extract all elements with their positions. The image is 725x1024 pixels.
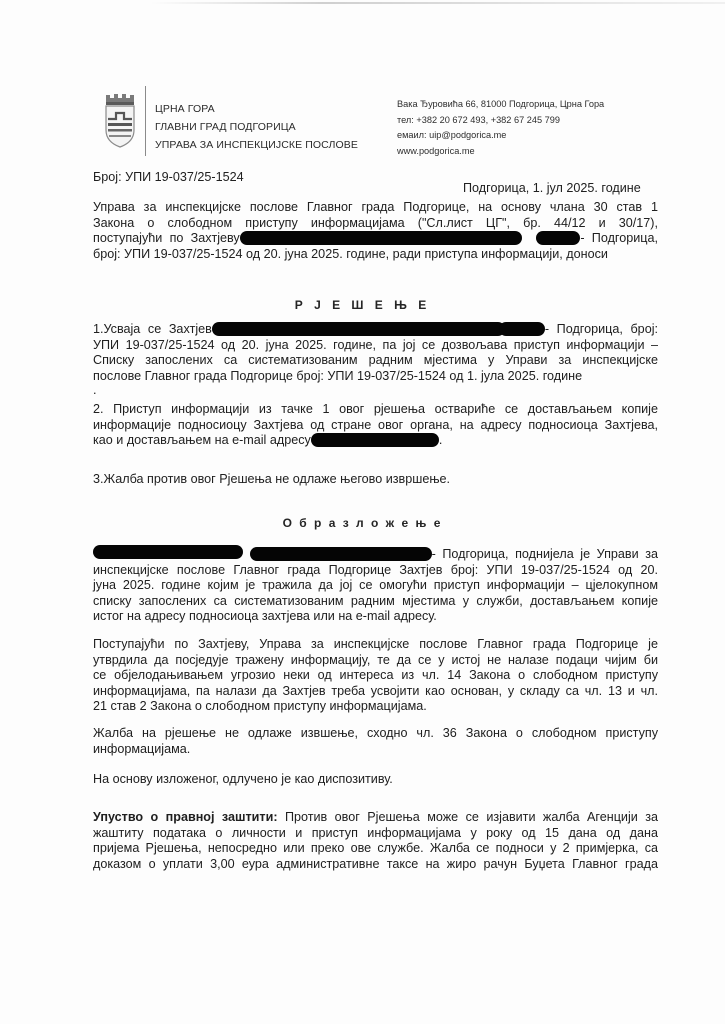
legal-remedy-line: пријема Рјешења, непосредно или преко ов… [93, 841, 658, 857]
contact-email: емаил: uip@podgorica.me [397, 128, 604, 144]
reasoning-line: - Подгорица, поднијела је Управи за [93, 545, 658, 563]
reasoning-paragraph-3: Жалба на рјешење не одлаже извшење, сход… [93, 726, 658, 757]
redacted-applicant-org-intro [536, 231, 580, 245]
legal-remedy-paragraph: Упуство о правној заштити: Против овог Р… [93, 810, 658, 872]
decision-item-1-line: Списку запослених са систематизованим ра… [93, 353, 658, 369]
decision-item-1-prefix: 1.Усваја се Захтјев [93, 322, 212, 336]
decision-item-1: 1.Усваја се Захтјев- Подгорица, број: УП… [93, 322, 658, 396]
reasoning-paragraph-1: - Подгорица, поднијела је Управи за инсп… [93, 545, 658, 625]
org-country: ЦРНА ГОРА [155, 100, 358, 118]
scan-edge-artifact [150, 2, 725, 4]
contact-website: www.podgorica.me [397, 144, 604, 160]
redacted-applicant-name-intro [240, 231, 522, 245]
intro-line-prefix: поступајући по Захтјеву [93, 231, 240, 245]
reference-number: Број: УПИ 19-037/25-1524 [93, 170, 244, 184]
contact-address: Вака Ђуровића 66, 81000 Подгорица, Црна … [397, 97, 604, 113]
document-page: ЦРНА ГОРА ГЛАВНИ ГРАД ПОДГОРИЦА УПРАВА З… [0, 0, 725, 1024]
reasoning-line: утврдила да посједује тражену информациј… [93, 653, 658, 669]
contact-block: Вака Ђуровића 66, 81000 Подгорица, Црна … [397, 97, 604, 159]
decision-item-2-line: као и достављањем на e-mail адресу. [93, 433, 658, 449]
reasoning-line: списку запослених са систематизованим ра… [93, 594, 658, 610]
decision-item-1-line: послове Главног града Подгорице број: УП… [93, 369, 658, 385]
reasoning-title: О б р а з л о ж е њ е [0, 516, 725, 530]
reasoning-paragraph-4: На основу изложеног, одлучено је као дис… [93, 772, 658, 788]
redacted-applicant-name-reasoning-1 [93, 545, 243, 559]
reasoning-paragraph-2: Поступајући по Захтјеву, Управа за инспе… [93, 637, 658, 715]
decision-item-1-line: УПИ 19-037/25-1524 од 20. јуна 2025. год… [93, 338, 658, 354]
intro-line: поступајући по Захтјеву - Подгорица, [93, 231, 658, 247]
redacted-email-address [311, 433, 439, 447]
organization-name-block: ЦРНА ГОРА ГЛАВНИ ГРАД ПОДГОРИЦА УПРАВА З… [155, 100, 358, 154]
stray-dot: . [93, 384, 658, 396]
org-department: УПРАВА ЗА ИНСПЕКЦИЈСКЕ ПОСЛОВЕ [155, 136, 358, 154]
decision-item-3: 3.Жалба против овог Рјешења не одлаже ње… [93, 472, 658, 488]
intro-line: број: УПИ 19-037/25-1524 од 20. јуна 202… [93, 247, 658, 263]
redacted-applicant-org-decision [499, 322, 545, 336]
header-divider [145, 86, 146, 156]
legal-remedy-line: Упуство о правној заштити: Против овог Р… [93, 810, 658, 826]
document-date: Подгорица, 1. јул 2025. године [463, 181, 641, 195]
redacted-applicant-name-decision [212, 322, 505, 336]
decision-title: Р Ј Е Ш Е Њ Е [0, 298, 725, 312]
intro-line-suffix: - Подгорица, [580, 231, 658, 245]
legal-remedy-line: жаштиту података о личности и приступ ин… [93, 826, 658, 842]
decision-item-1-line: 1.Усваја се Захтјев- Подгорица, број: [93, 322, 658, 338]
reasoning-line: инспекцијске послове Главног града Подго… [93, 563, 658, 579]
reasoning-line: се објелодањивањем угрозио неки од интер… [93, 668, 658, 684]
redacted-applicant-name-reasoning-2 [250, 547, 432, 561]
reasoning-line: Жалба на рјешење не одлаже извшење, сход… [93, 726, 658, 742]
decision-item-1-suffix: - Подгорица, број: [545, 322, 658, 336]
org-city: ГЛАВНИ ГРАД ПОДГОРИЦА [155, 118, 358, 136]
reasoning-line: истог на адресу подносиоца захтјева или … [93, 609, 658, 625]
decision-item-2-line: информације подносиоцу Захтјева од стран… [93, 418, 658, 434]
reasoning-line: информацијама, па налази да Захтјев треб… [93, 684, 658, 700]
decision-item-2-line: 2. Приступ информацији из тачке 1 овог р… [93, 402, 658, 418]
legal-remedy-label: Упуство о правној заштити: [93, 810, 278, 824]
intro-line: Управа за инспекцијске послове Главног г… [93, 200, 658, 216]
reasoning-line: Поступајући по Захтјеву, Управа за инспе… [93, 637, 658, 653]
decision-item-2: 2. Приступ информацији из тачке 1 овог р… [93, 402, 658, 449]
coat-of-arms-icon [103, 92, 137, 148]
legal-remedy-line: доказом о уплати 3,00 еура административ… [93, 857, 658, 873]
intro-line: Закона о слободном приступу информацијам… [93, 216, 658, 232]
reasoning-line: 21 став 2 Закона о слободном приступу ин… [93, 699, 658, 715]
contact-phone: тел: +382 20 672 493, +382 67 245 799 [397, 113, 604, 129]
intro-paragraph: Управа за инспекцијске послове Главног г… [93, 200, 658, 262]
reasoning-line: информацијама. [93, 742, 658, 758]
reasoning-line: јуна 2025. године којим је тражила да јо… [93, 578, 658, 594]
